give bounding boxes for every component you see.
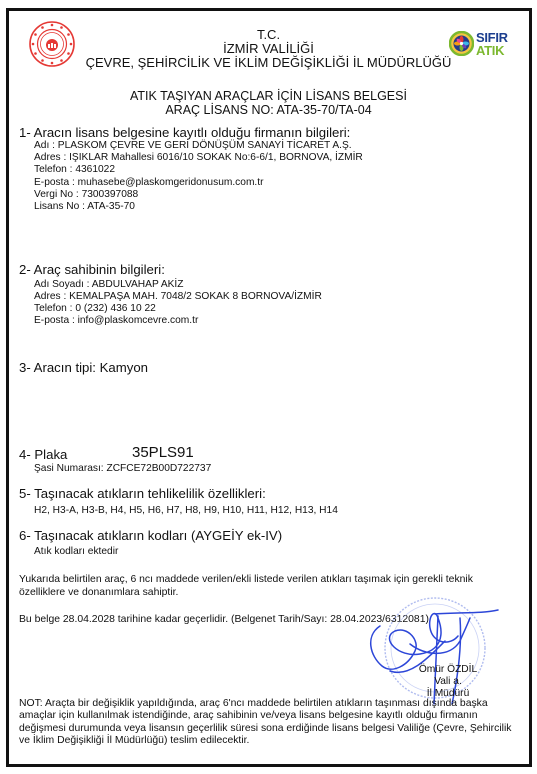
license-number: ARAÇ LİSANS NO: ATA-35-70/TA-04 (0, 103, 537, 117)
signatory-title: Vali a. (408, 676, 488, 688)
owner-name: Adı Soyadı : ABDULVAHAP AKİZ (34, 279, 184, 291)
section1-heading: 1- Aracın lisans belgesine kayıtlı olduğ… (19, 125, 350, 140)
owner-email: E-posta : info@plaskomcevre.com.tr (34, 315, 198, 327)
hazard-properties: H2, H3-A, H3-B, H4, H5, H6, H7, H8, H9, … (34, 505, 338, 517)
sifir-atik-logo-icon (449, 31, 474, 56)
company-name: Adı : PLASKOM ÇEVRE VE GERİ DÖNÜŞÜM SANA… (34, 140, 352, 152)
owner-phone: Telefon : 0 (232) 436 10 22 (34, 303, 156, 315)
section5-heading: 5- Taşınacak atıkların tehlikelilik özel… (19, 486, 266, 501)
waste-codes: Atık kodları ektedir (34, 546, 118, 558)
company-phone: Telefon : 4361022 (34, 164, 115, 176)
company-address: Adres : IŞIKLAR Mahallesi 6016/10 SOKAK … (34, 152, 363, 164)
plate-number: 35PLS91 (132, 444, 194, 461)
section4-heading: 4- Plaka (19, 447, 67, 462)
signatory-name: Ömür ÖZDİL (408, 664, 488, 676)
chassis-number: Şasi Numarası: ZCFCE72B00D722737 (34, 463, 211, 475)
section6-heading: 6- Taşınacak atıkların kodları (AYGEİY e… (19, 528, 282, 543)
owner-address: Adres : KEMALPAŞA MAH. 7048/2 SOKAK 8 BO… (34, 291, 322, 303)
atik-text: ATIK (476, 45, 504, 57)
note-text: NOT: Araçta bir değişiklik yapıldığında,… (19, 698, 524, 748)
header-directorate: ÇEVRE, ŞEHİRCİLİK VE İKLİM DEĞİŞİKLİĞİ İ… (0, 55, 537, 70)
company-tax-no: Vergi No : 7300397088 (34, 189, 138, 201)
company-email: E-posta : muhasebe@plaskomgeridonusum.co… (34, 177, 263, 189)
vehicle-type: 3- Aracın tipi: Kamyon (19, 360, 148, 375)
company-license-no: Lisans No : ATA-35-70 (34, 201, 135, 213)
document-title: ATIK TAŞIYAN ARAÇLAR İÇİN LİSANS BELGESİ (0, 89, 537, 103)
section2-heading: 2- Araç sahibinin bilgileri: (19, 262, 165, 277)
